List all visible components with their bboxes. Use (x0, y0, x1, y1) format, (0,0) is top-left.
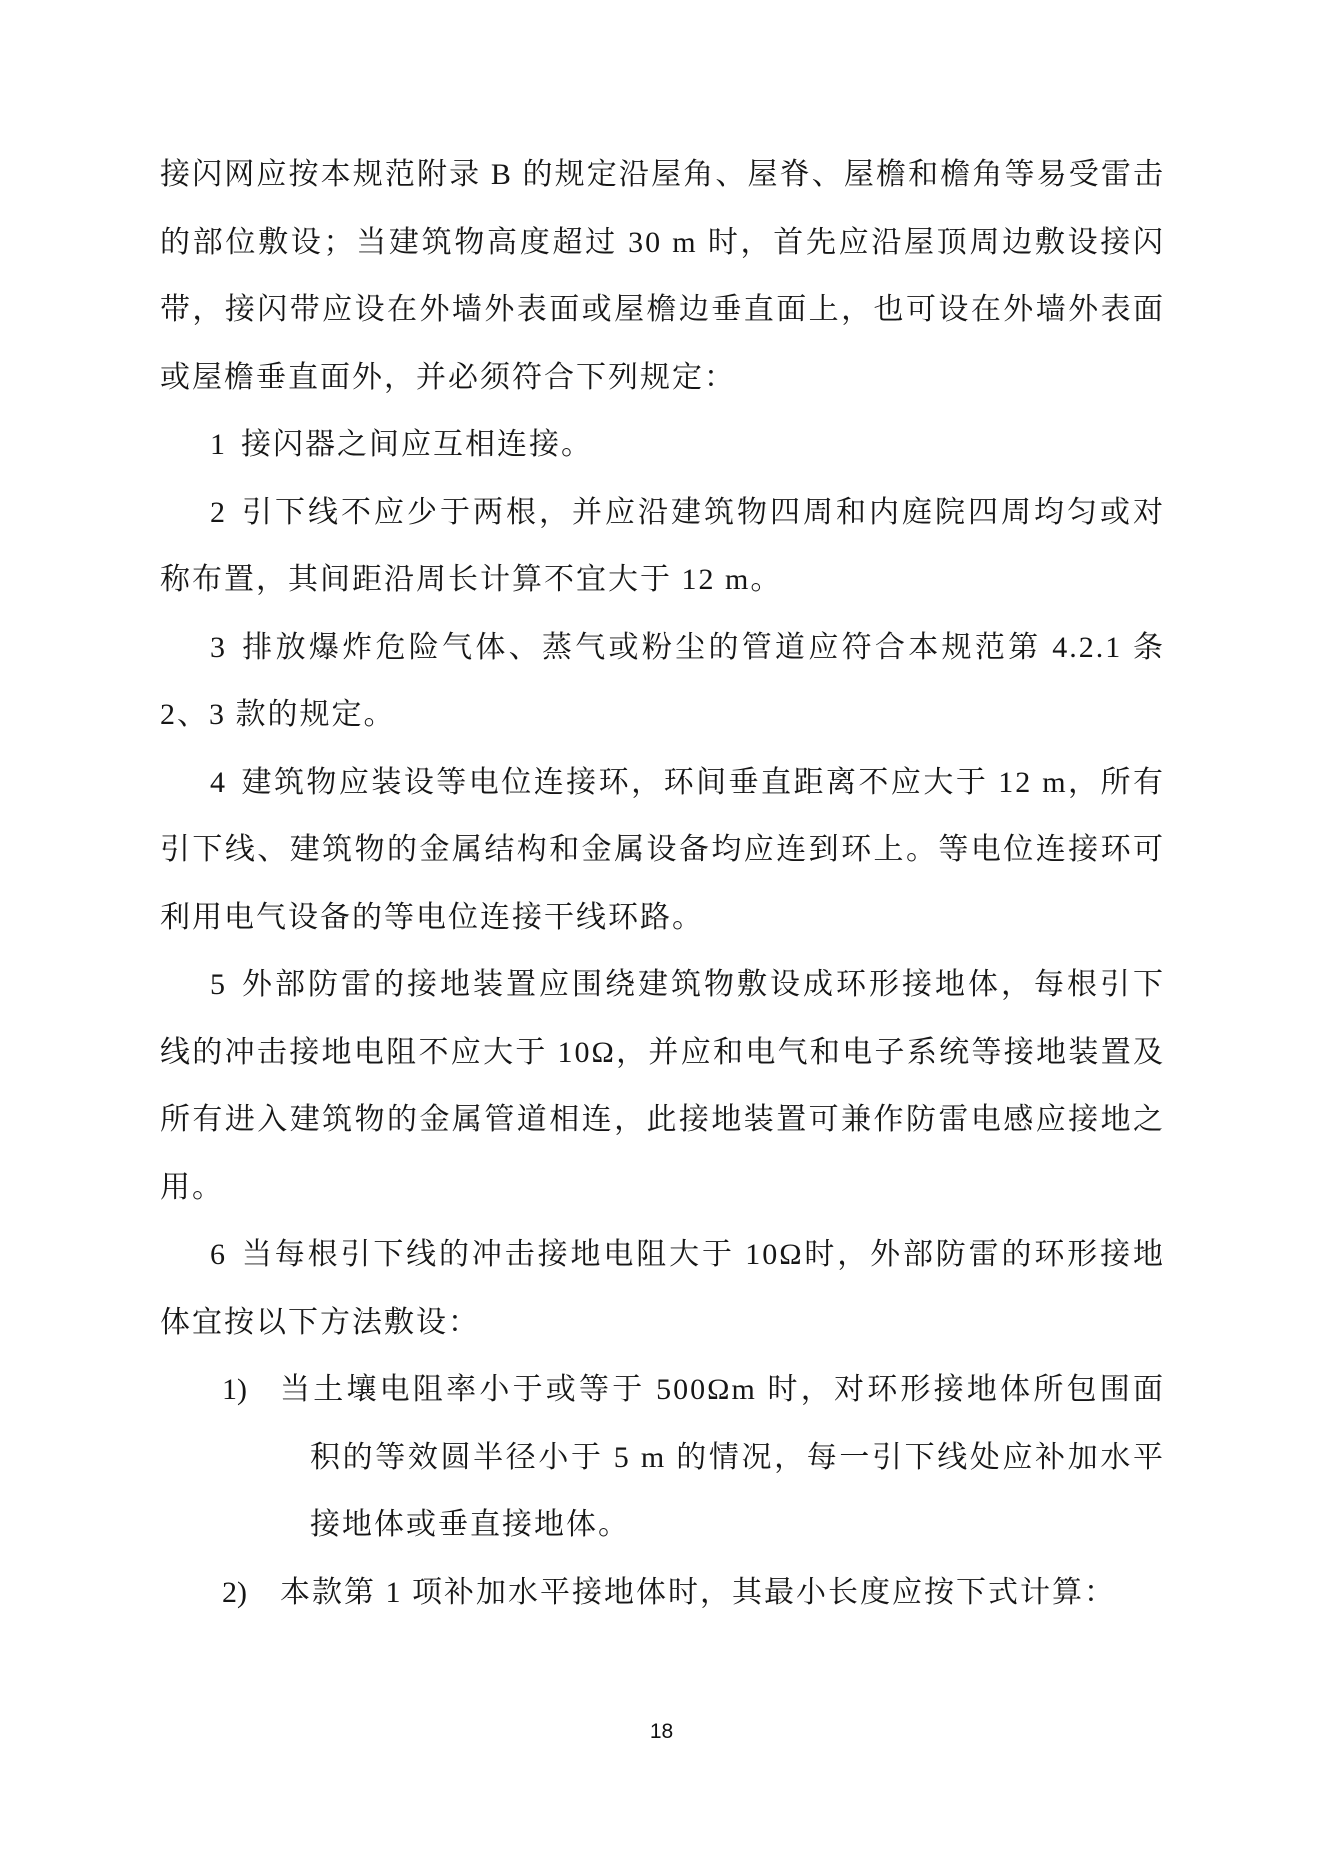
paragraph-intro: 接闪网应按本规范附录 B 的规定沿屋角、屋脊、屋檐和檐角等易受雷击的部位敷设；当… (160, 141, 1165, 411)
clause-item-4: 4建筑物应装设等电位连接环，环间垂直距离不应大于 12 m，所有引下线、建筑物的… (160, 749, 1165, 952)
clause-text: 排放爆炸危险气体、蒸气或粉尘的管道应符合本规范第 4.2.1 条 2、3 款的规… (160, 631, 1165, 732)
clause-number: 6 (210, 1238, 227, 1271)
sub-clause-text: 本款第 1 项补加水平接地体时，其最小长度应按下式计算： (280, 1576, 1116, 1609)
clause-text: 接闪器之间应互相连接。 (241, 428, 593, 461)
sub-clause-number: 2) (222, 1559, 247, 1627)
document-body: 接闪网应按本规范附录 B 的规定沿屋角、屋脊、屋檐和檐角等易受雷击的部位敷设；当… (160, 141, 1165, 1626)
clause-number: 3 (210, 631, 227, 664)
clause-number: 2 (210, 496, 227, 529)
sub-clause-1: 1)当土壤电阻率小于或等于 500Ωm 时，对环形接地体所包围面积的等效圆半径小… (310, 1356, 1165, 1559)
clause-text: 当每根引下线的冲击接地电阻大于 10Ω时，外部防雷的环形接地体宜按以下方法敷设： (160, 1238, 1165, 1339)
document-page: 接闪网应按本规范附录 B 的规定沿屋角、屋脊、屋檐和檐角等易受雷击的部位敷设；当… (0, 0, 1323, 1871)
clause-text: 建筑物应装设等电位连接环，环间垂直距离不应大于 12 m，所有引下线、建筑物的金… (160, 766, 1165, 934)
sub-clause-number: 1) (222, 1356, 247, 1424)
clause-number: 1 (210, 428, 227, 461)
clause-text: 外部防雷的接地装置应围绕建筑物敷设成环形接地体，每根引下线的冲击接地电阻不应大于… (160, 968, 1165, 1204)
clause-item-2: 2引下线不应少于两根，并应沿建筑物四周和内庭院四周均匀或对称布置，其间距沿周长计… (160, 479, 1165, 614)
clause-item-3: 3排放爆炸危险气体、蒸气或粉尘的管道应符合本规范第 4.2.1 条 2、3 款的… (160, 614, 1165, 749)
clause-number: 5 (210, 968, 227, 1001)
clause-text: 引下线不应少于两根，并应沿建筑物四周和内庭院四周均匀或对称布置，其间距沿周长计算… (160, 496, 1165, 597)
page-number: 18 (0, 1720, 1323, 1744)
clause-item-6: 6当每根引下线的冲击接地电阻大于 10Ω时，外部防雷的环形接地体宜按以下方法敷设… (160, 1221, 1165, 1356)
sub-clause-text: 当土壤电阻率小于或等于 500Ωm 时，对环形接地体所包围面积的等效圆半径小于 … (280, 1373, 1165, 1541)
clause-item-1: 1接闪器之间应互相连接。 (160, 411, 1165, 479)
clause-item-5: 5外部防雷的接地装置应围绕建筑物敷设成环形接地体，每根引下线的冲击接地电阻不应大… (160, 951, 1165, 1221)
clause-number: 4 (210, 766, 227, 799)
sub-clause-2: 2)本款第 1 项补加水平接地体时，其最小长度应按下式计算： (310, 1559, 1165, 1627)
